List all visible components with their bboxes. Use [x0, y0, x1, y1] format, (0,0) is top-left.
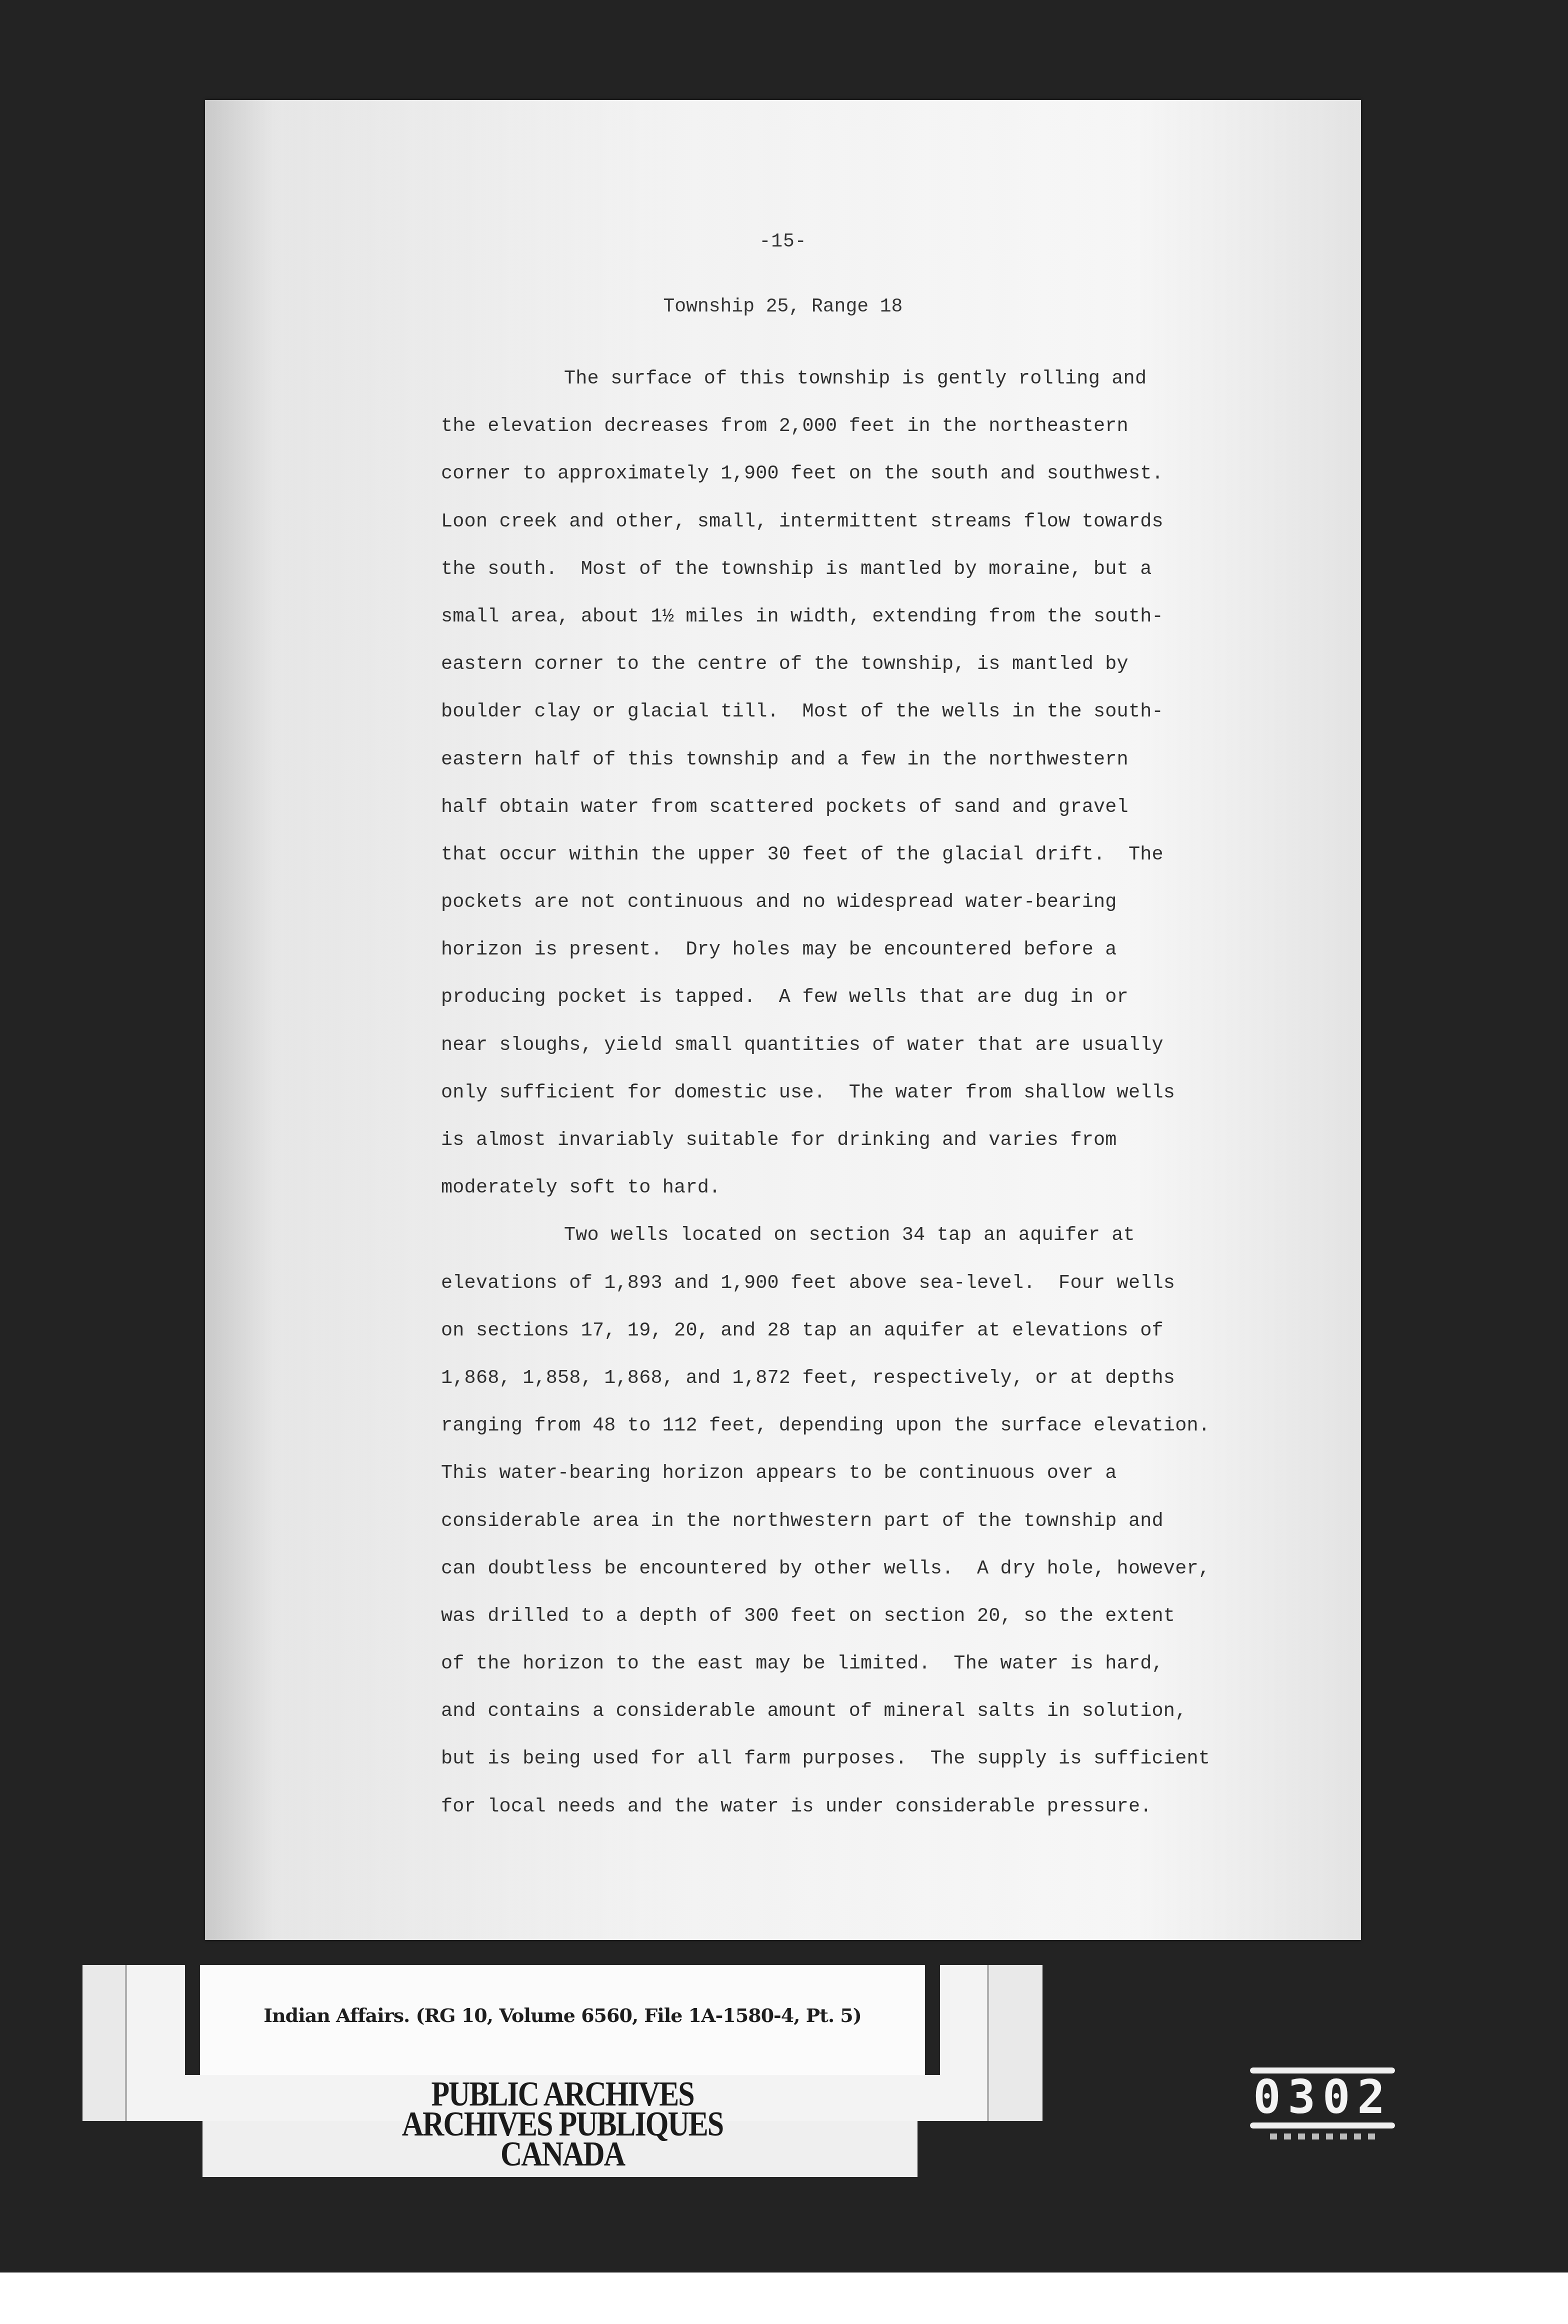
text-line: that occur within the upper 30 feet of t… [441, 831, 1291, 878]
text-line: the elevation decreases from 2,000 feet … [441, 402, 1291, 450]
text-line: producing pocket is tapped. A few wells … [441, 973, 1291, 1021]
text-line: near sloughs, yield small quantities of … [441, 1021, 1291, 1069]
text-line: pockets are not continuous and no widesp… [441, 878, 1291, 926]
text-line: only sufficient for domestic use. The wa… [441, 1069, 1291, 1116]
text-line: can doubtless be encountered by other we… [441, 1545, 1291, 1592]
text-line: for local needs and the water is under c… [441, 1783, 1291, 1830]
paragraph-1: The surface of this township is gently r… [441, 355, 1291, 1211]
frame-number: 0302 [1240, 2072, 1405, 2122]
text-line: and contains a considerable amount of mi… [441, 1687, 1291, 1735]
archives-stamp: PUBLIC ARCHIVES ARCHIVES PUBLIQUES CANAD… [82, 2079, 1042, 2168]
text-line: is almost invariably suitable for drinki… [441, 1116, 1291, 1164]
text-line: horizon is present. Dry holes may be enc… [441, 926, 1291, 973]
text-line: Loon creek and other, small, intermitten… [441, 498, 1291, 545]
text-line: This water-bearing horizon appears to be… [441, 1449, 1291, 1497]
text-line: the south. Most of the township is mantl… [441, 545, 1291, 593]
frame-counter: 0302 [1240, 2067, 1405, 2142]
body-text: The surface of this township is gently r… [441, 355, 1291, 1830]
section-heading: Township 25, Range 18 [205, 296, 1361, 317]
text-line: The surface of this township is gently r… [441, 355, 1291, 402]
text-line: elevations of 1,893 and 1,900 feet above… [441, 1259, 1291, 1307]
text-line: was drilled to a depth of 300 feet on se… [441, 1592, 1291, 1640]
text-line: Two wells located on section 34 tap an a… [441, 1211, 1291, 1259]
text-line: 1,868, 1,858, 1,868, and 1,872 feet, res… [441, 1354, 1291, 1402]
text-line: but is being used for all farm purposes.… [441, 1735, 1291, 1782]
reference-label: Indian Affairs. (RG 10, Volume 6560, Fil… [185, 1965, 940, 2075]
text-line: eastern half of this township and a few … [441, 736, 1291, 783]
text-line: half obtain water from scattered pockets… [441, 783, 1291, 831]
text-line: corner to approximately 1,900 feet on th… [441, 450, 1291, 497]
paragraph-2: Two wells located on section 34 tap an a… [441, 1211, 1291, 1830]
stamp-line: CANADA [82, 2139, 1042, 2169]
page-number: -15- [205, 231, 1361, 252]
film-edge [0, 2272, 1568, 2324]
counter-ticks [1270, 2133, 1375, 2139]
text-line: moderately soft to hard. [441, 1164, 1291, 1211]
reference-text: Indian Affairs. (RG 10, Volume 6560, Fil… [200, 2004, 925, 2026]
text-line: considerable area in the northwestern pa… [441, 1497, 1291, 1545]
text-line: small area, about 1½ miles in width, ext… [441, 593, 1291, 640]
text-line: of the horizon to the east may be limite… [441, 1640, 1291, 1687]
text-line: boulder clay or glacial till. Most of th… [441, 688, 1291, 735]
counter-bar-bottom [1250, 2122, 1395, 2128]
text-line: on sections 17, 19, 20, and 28 tap an aq… [441, 1307, 1291, 1354]
text-line: eastern corner to the centre of the town… [441, 640, 1291, 688]
document-page: -15- Township 25, Range 18 The surface o… [205, 100, 1361, 1940]
text-line: ranging from 48 to 112 feet, depending u… [441, 1402, 1291, 1449]
